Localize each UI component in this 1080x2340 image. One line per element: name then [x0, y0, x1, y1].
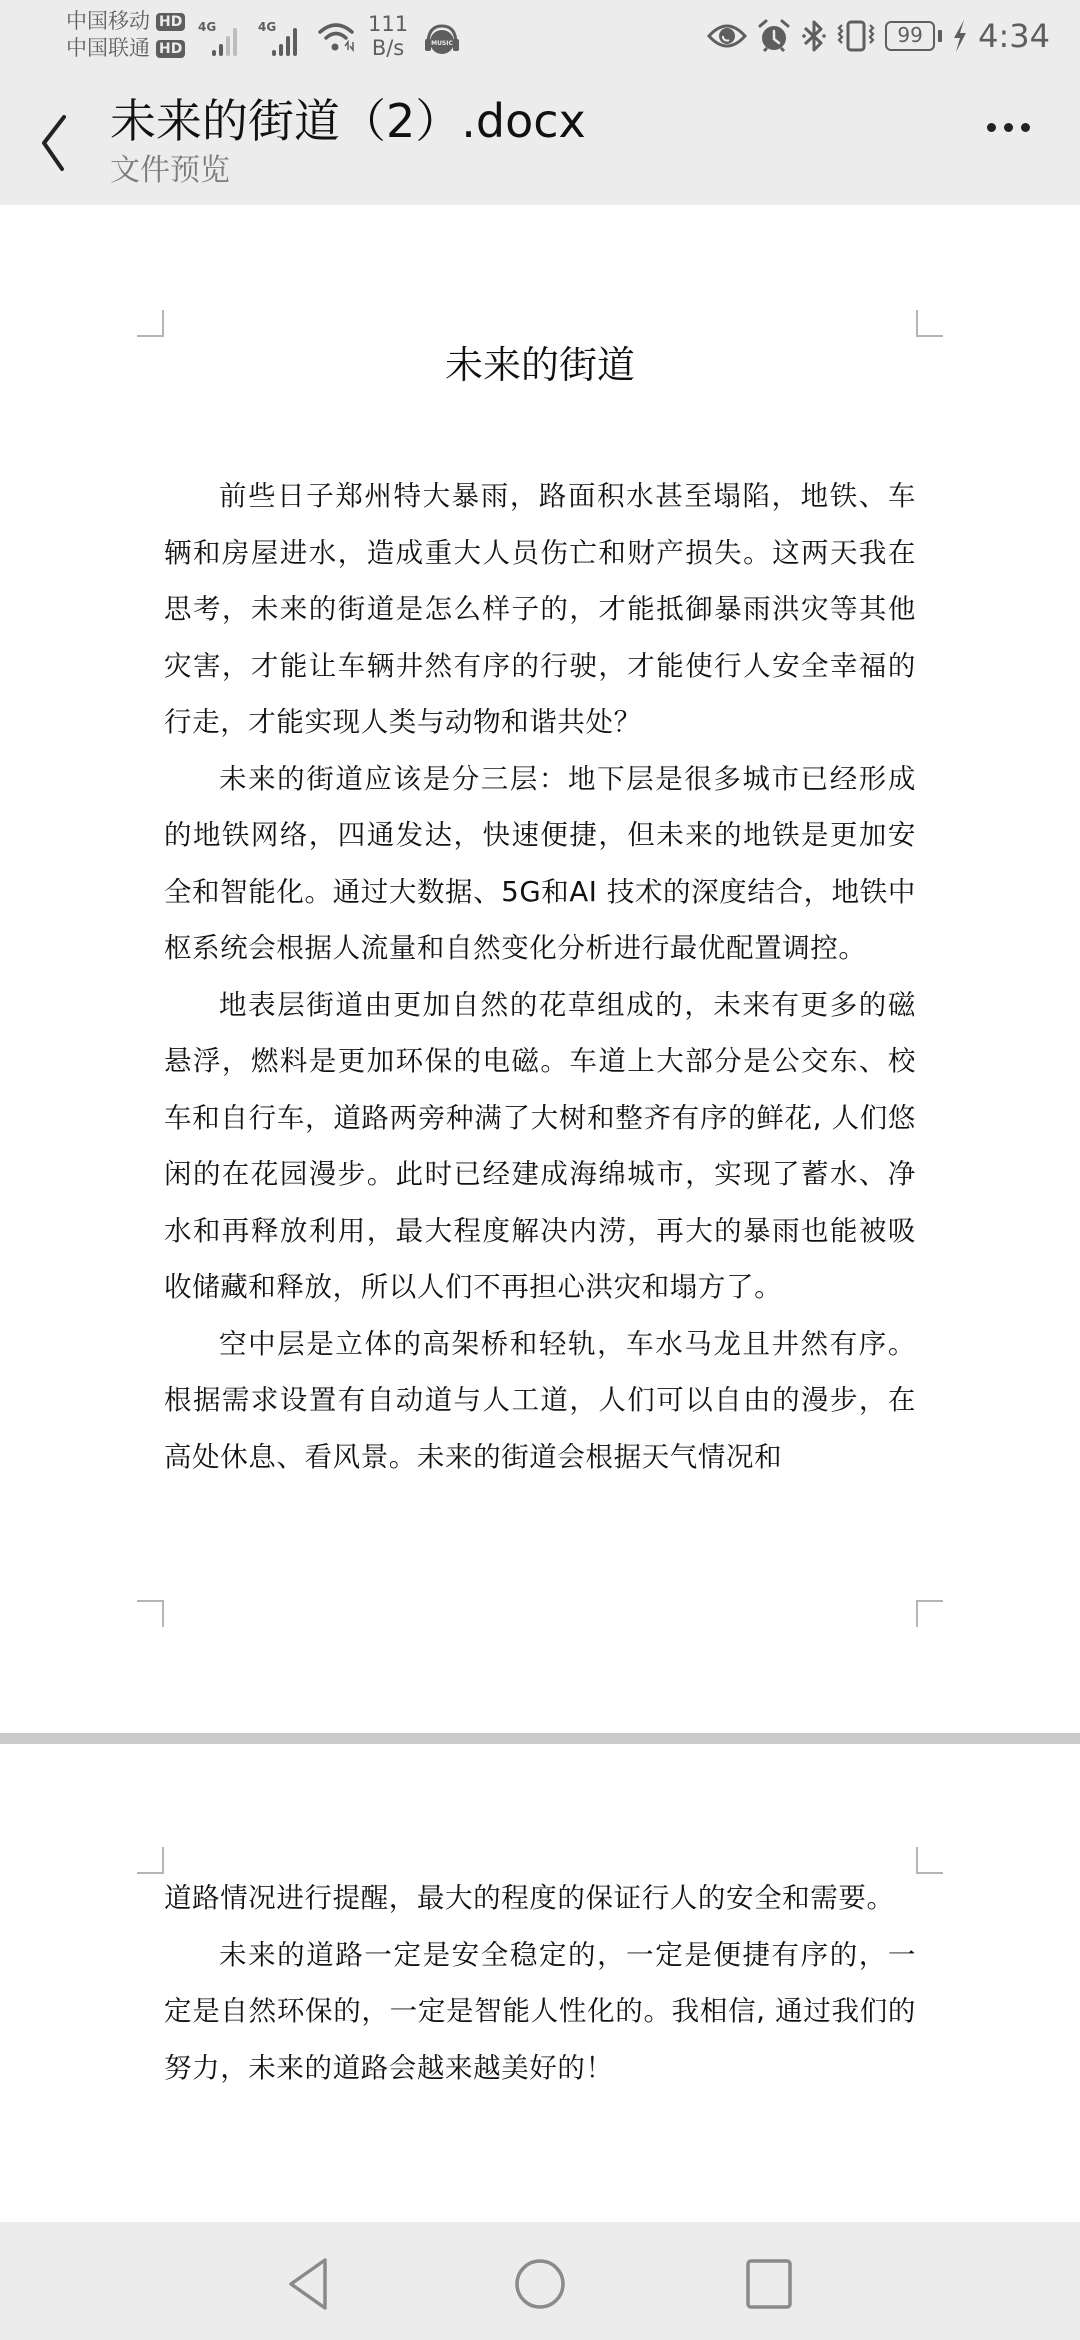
eye-comfort-icon: [707, 22, 747, 50]
network-speed: 111 B/s: [368, 12, 408, 60]
system-nav-bar: [0, 2222, 1080, 2340]
carrier-1-name: 中国移动: [66, 8, 150, 35]
paragraph: 未来的道路一定是安全稳定的，一定是便捷有序的，一定是自然环保的，一定是智能人性化…: [164, 1927, 916, 2097]
back-button[interactable]: [28, 105, 78, 175]
nav-recents-button[interactable]: [739, 2256, 799, 2312]
document-filename: 未来的街道（2）.docx: [110, 91, 586, 151]
clock: 4:34: [978, 16, 1050, 56]
alarm-icon: [757, 19, 791, 53]
page-2: 道路情况进行提醒，最大的程度的保证行人的安全和需要。 未来的道路一定是安全稳定的…: [164, 1870, 916, 2096]
page-corner-mark: [916, 1847, 943, 1874]
music-headphones-icon: MUSIC: [424, 22, 460, 56]
header-subtitle: 文件预览: [110, 151, 230, 191]
nav-home-button[interactable]: [510, 2256, 570, 2312]
page-corner-mark: [137, 310, 164, 337]
status-bar: 中国移动 HD 中国联通 HD 4G 4G 111 B/: [0, 0, 1080, 75]
back-triangle-icon: [291, 2260, 325, 2308]
more-options-button[interactable]: [987, 123, 1030, 132]
bluetooth-icon: [801, 19, 827, 53]
page-corner-mark: [916, 1600, 943, 1627]
recents-square-icon: [748, 2261, 790, 2307]
document-preview[interactable]: 未来的街道 前些日子郑州特大暴雨，路面积水甚至塌陷，地铁、车辆和房屋进水，造成重…: [0, 205, 1080, 2222]
page-1: 未来的街道 前些日子郑州特大暴雨，路面积水甚至塌陷，地铁、车辆和房屋进水，造成重…: [164, 340, 916, 1485]
battery-level: 99: [885, 21, 935, 51]
paragraph: 前些日子郑州特大暴雨，路面积水甚至塌陷，地铁、车辆和房屋进水，造成重大人员伤亡和…: [164, 468, 916, 751]
chevron-left-icon: [44, 117, 64, 169]
home-circle-icon: [517, 2261, 563, 2307]
page-corner-mark: [137, 1847, 164, 1874]
carrier-info: 中国移动 HD 中国联通 HD: [66, 8, 185, 62]
paragraph: 未来的街道应该是分三层：地下层是很多城市已经形成的地铁网络，四通发达，快速便捷，…: [164, 751, 916, 977]
vibrate-icon: [837, 19, 875, 53]
page-separator: [0, 1733, 1080, 1744]
wifi-icon: [318, 20, 356, 54]
battery-icon: 99: [885, 21, 942, 51]
hd-badge: HD: [156, 40, 185, 58]
page-corner-mark: [916, 310, 943, 337]
more-dots-icon: [987, 123, 996, 132]
svg-text:MUSIC: MUSIC: [431, 40, 453, 47]
carrier-2-name: 中国联通: [66, 35, 150, 62]
page-corner-mark: [137, 1600, 164, 1627]
paragraph: 空中层是立体的高架桥和轻轨，车水马龙且井然有序。根据需求设置有自动道与人工道，人…: [164, 1316, 916, 1486]
app-header: 未来的街道（2）.docx 文件预览: [0, 75, 1080, 205]
status-right-group: 99 4:34: [707, 16, 1050, 56]
charging-bolt-icon: [952, 19, 968, 53]
nav-back-button[interactable]: [279, 2256, 339, 2312]
paragraph: 道路情况进行提醒，最大的程度的保证行人的安全和需要。: [164, 1870, 916, 1927]
essay-title: 未来的街道: [164, 340, 916, 390]
hd-badge: HD: [156, 13, 185, 31]
paragraph: 地表层街道由更加自然的花草组成的，未来有更多的磁悬浮，燃料是更加环保的电磁。车道…: [164, 977, 916, 1316]
